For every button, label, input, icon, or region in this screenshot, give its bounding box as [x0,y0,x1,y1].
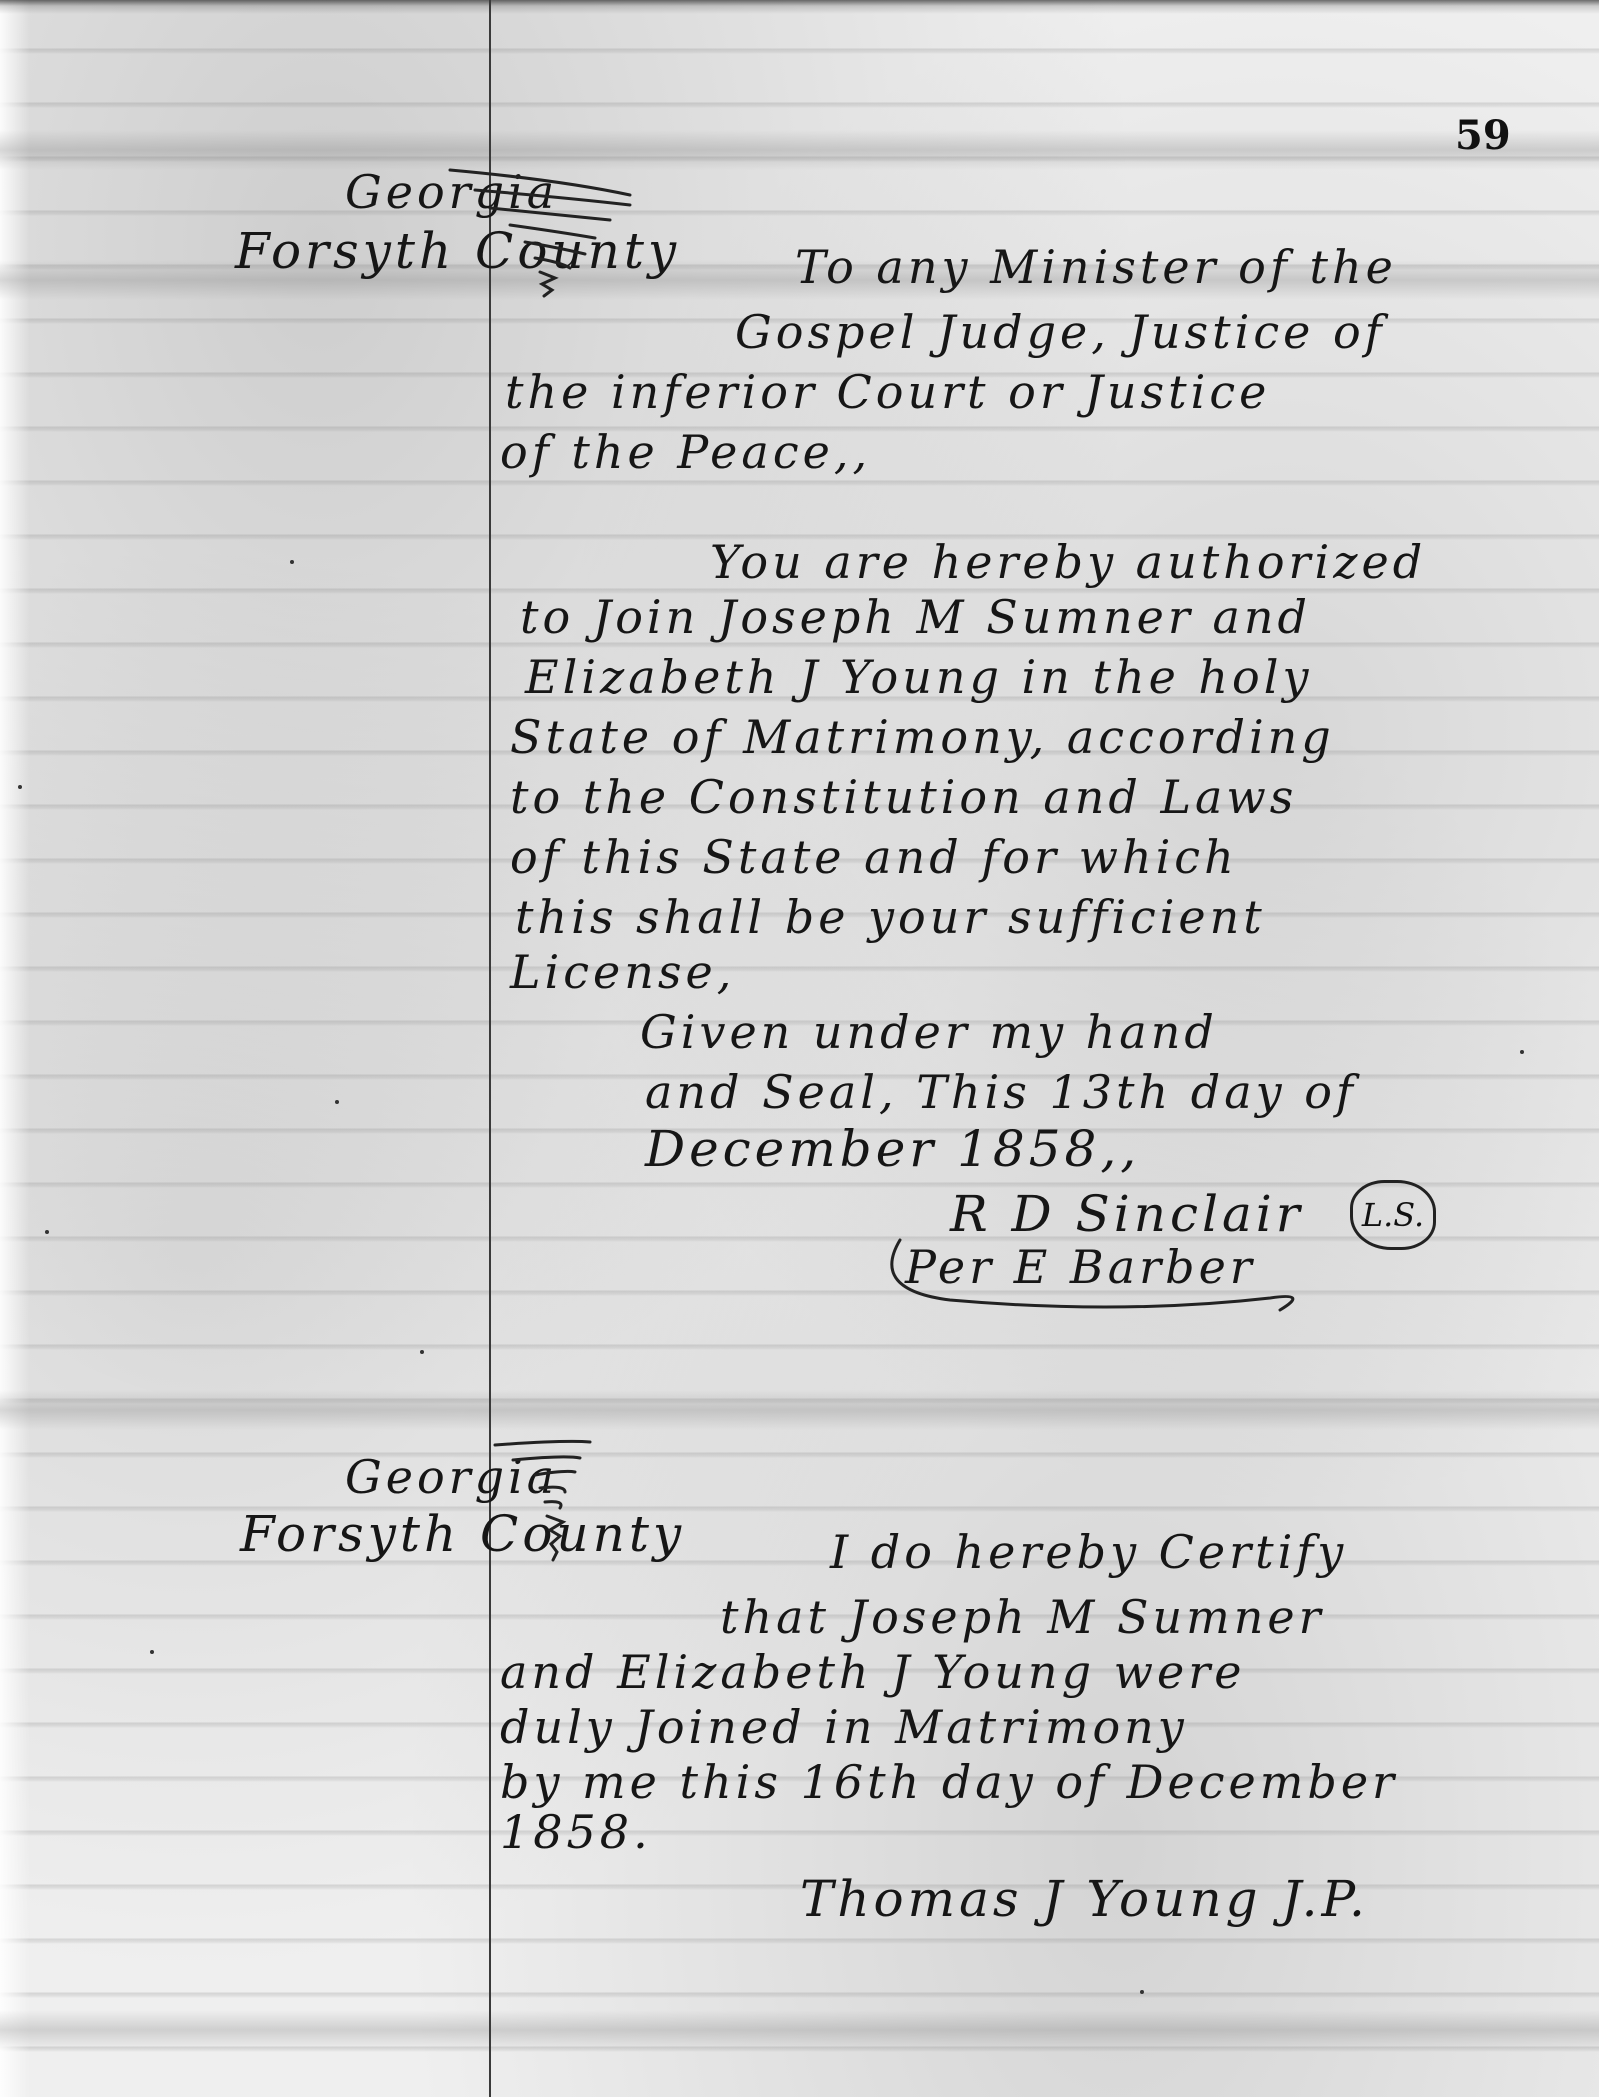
scan-shadow-band [0,130,1599,170]
return-line: I do hereby Certify [830,1525,1347,1579]
license-given-line: December 1858,, [645,1120,1140,1178]
license-body-line: Elizabeth J Young in the holy [525,650,1312,704]
scan-speck [18,785,22,789]
ledger-margin-line [489,0,491,2097]
return-line: duly Joined in Matrimony [500,1700,1188,1754]
return-line: and Elizabeth J Young were [500,1645,1245,1699]
scan-shadow-band [0,1390,1599,1430]
return-line: 1858. [500,1805,652,1859]
license-body-line: of this State and for which [510,830,1238,884]
bracket-flourish-icon [420,150,680,310]
license-body-line: License, [510,945,735,999]
scan-speck [1520,1050,1524,1054]
license-address-line: of the Peace,, [500,425,871,479]
scan-speck [150,1650,154,1654]
license-body-line: this shall be your sufficient [515,890,1266,944]
license-body-line: to Join Joseph M Sumner and [520,590,1311,644]
scan-speck [290,560,294,564]
scan-speck [420,1350,424,1354]
license-body-line: to the Constitution and Laws [510,770,1297,824]
signature-flourish-icon [870,1230,1430,1320]
license-body-line: State of Matrimony, according [510,710,1335,764]
scan-shadow-band [0,2010,1599,2050]
scan-speck [45,1230,49,1234]
scan-speck [335,1100,339,1104]
license-address-line: the inferior Court or Justice [505,365,1270,419]
license-address-line: To any Minister of the [795,240,1397,294]
scan-speck [1140,1990,1144,1994]
license-given-line: and Seal, This 13th day of [645,1065,1357,1119]
license-address-line: Gospel Judge, Justice of [735,305,1386,359]
bracket-flourish-icon [395,1430,595,1600]
ledger-page: 59 Georgia Forsyth County To any Ministe… [0,0,1599,2097]
license-body-line: You are hereby authorized [710,535,1426,589]
license-given-line: Given under my hand [640,1005,1218,1059]
page-number: 59 [1455,112,1511,159]
return-line: that Joseph M Sumner [720,1590,1325,1644]
return-line: by me this 16th day of December [500,1755,1398,1809]
return-signature: Thomas J Young J.P. [800,1870,1369,1928]
